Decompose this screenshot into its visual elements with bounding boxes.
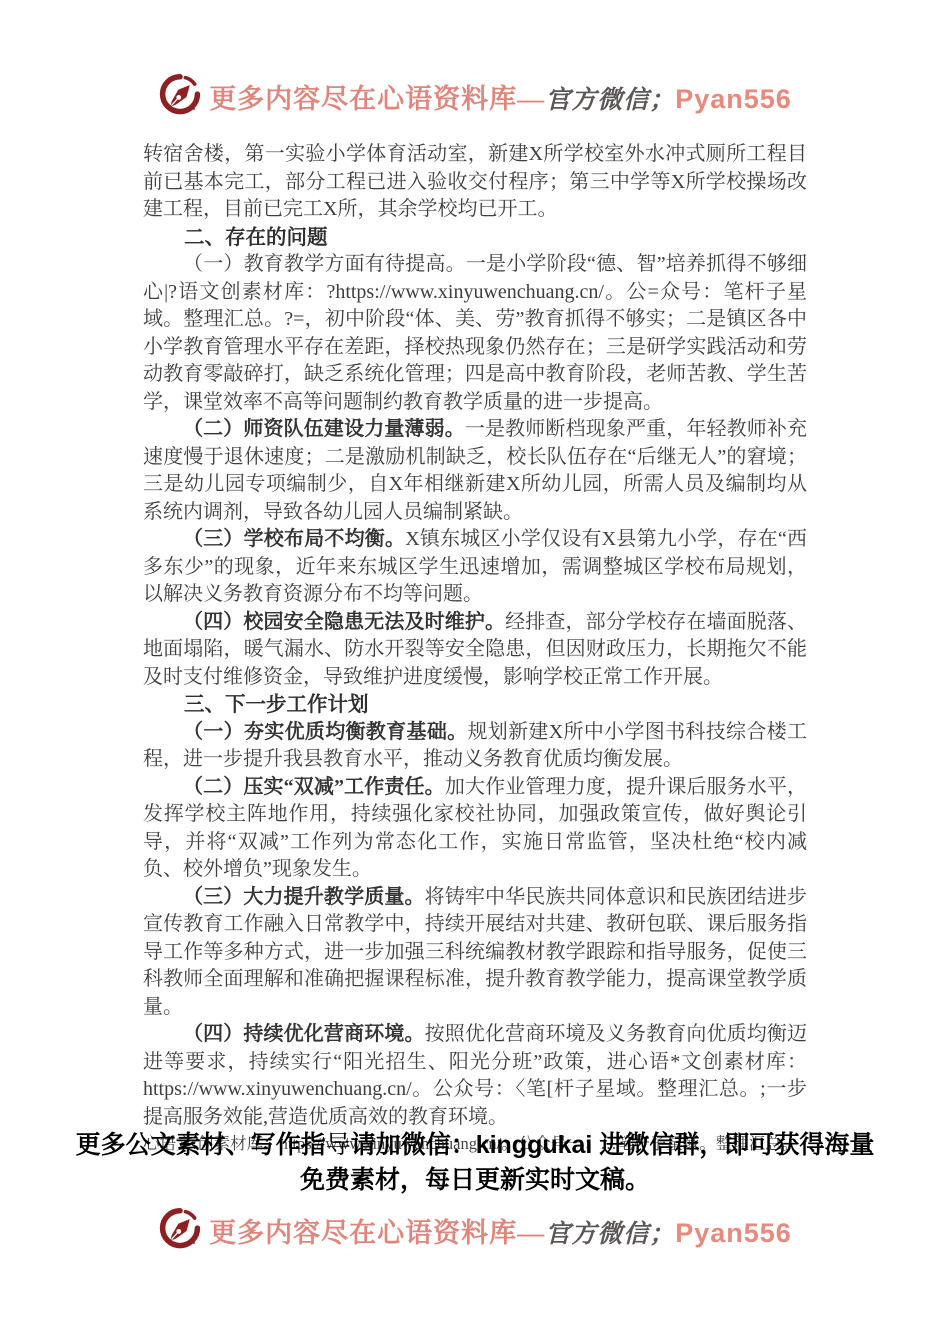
document-page: 更多内容尽在心语资料库—官方微信；Pyan556 转宿舍楼，第一实验小学体育活动…: [0, 0, 950, 1344]
promo-banner: 更多公文素材、写作指导请加微信：kinggukai 进微信群，即可获得海量免费素…: [70, 1128, 880, 1198]
watermark-script-text: 官方微信；: [545, 85, 675, 114]
paragraph-lead: （四）持续优化营商环境。: [183, 1023, 425, 1045]
header-watermark-text: 更多内容尽在心语资料库—官方微信；Pyan556: [209, 77, 792, 116]
pen-swirl-logo-icon: [158, 1206, 202, 1254]
paragraph: （四）持续优化营商环境。按照优化营商环境及义务教育向优质均衡迈进等要求，持续实行…: [143, 1021, 807, 1131]
paragraph-text: （一）教育教学方面有待提高。一是小学阶段“德、智”培养抓得不够细心|?语文创素材…: [143, 253, 807, 413]
paragraph-lead: （一）夯实优质均衡教育基础。: [183, 721, 467, 743]
paragraph: （四）校园安全隐患无法及时维护。经排查，部分学校存在墙面脱落、地面塌陷，暖气漏水…: [143, 609, 807, 692]
watermark-wechat-id: Pyan556: [675, 1218, 792, 1248]
watermark-wechat-id: Pyan556: [675, 84, 792, 114]
watermark-brand-text: 更多内容尽在心语资料库—: [209, 84, 545, 114]
watermark-brand-text: 更多内容尽在心语资料库—: [209, 1218, 545, 1248]
paragraph: 三、下一步工作计划: [143, 691, 807, 719]
paragraph-lead: （二）师资队伍建设力量薄弱。: [183, 418, 465, 440]
paragraph-lead: （四）校园安全隐患无法及时维护。: [183, 611, 505, 633]
promo-text-part2: 导: [326, 1131, 351, 1159]
pen-swirl-logo-icon: [158, 72, 202, 120]
paragraph-text: 二、存在的问题: [184, 226, 328, 249]
paragraph-lead: （三）大力提升教学质量。: [183, 886, 425, 908]
paragraph: （二）师资队伍建设力量薄弱。一是教师断档现象严重，年轻教师补充速度慢于退休速度；…: [143, 416, 807, 526]
paragraph-text: 转宿舍楼，第一实验小学体育活动室，新建X所学校室外水冲式厕所工程目前已基本完工，…: [143, 143, 807, 220]
paragraph: 转宿舍楼，第一实验小学体育活动室，新建X所学校室外水冲式厕所工程目前已基本完工，…: [143, 141, 807, 224]
paragraph: （二）压实“双减”工作责任。加大作业管理力度，提升课后服务水平，发挥学校主阵地作…: [143, 774, 807, 884]
document-body: 转宿舍楼，第一实验小学体育活动室，新建X所学校室外水冲式厕所工程目前已基本完工，…: [143, 141, 807, 1156]
footer-watermark: 更多内容尽在心语资料库—官方微信；Pyan556: [0, 1206, 950, 1254]
paragraph: （一）教育教学方面有待提高。一是小学阶段“德、智”培养抓得不够细心|?语文创素材…: [143, 251, 807, 416]
footer-watermark-text: 更多内容尽在心语资料库—官方微信；Pyan556: [209, 1211, 792, 1250]
promo-text-part1: 更多公文素材、写作指: [76, 1131, 326, 1159]
paragraph-text: 三、下一步工作计划: [184, 693, 369, 716]
paragraph: （三）学校布局不均衡。X镇东城区小学仅设有X县第九小学，存在“西多东少”的现象，…: [143, 526, 807, 609]
paragraph-lead: （三）学校布局不均衡。: [183, 528, 405, 550]
promo-text-part3: 请加微信：kinggukai 进微信群，即可获得海量免费素材，每日更新实时文稿。: [300, 1131, 874, 1194]
header-watermark: 更多内容尽在心语资料库—官方微信；Pyan556: [0, 72, 950, 120]
paragraph: （三）大力提升教学质量。将铸牢中华民族共同体意识和民族团结进步宣传教育工作融入日…: [143, 884, 807, 1022]
paragraph: 二、存在的问题: [143, 224, 807, 252]
watermark-script-text: 官方微信；: [545, 1219, 675, 1248]
paragraph: （一）夯实优质均衡教育基础。规划新建X所中小学图书科技综合楼工程，进一步提升我县…: [143, 719, 807, 774]
paragraph-lead: （二）压实“双减”工作责任。: [183, 776, 445, 798]
